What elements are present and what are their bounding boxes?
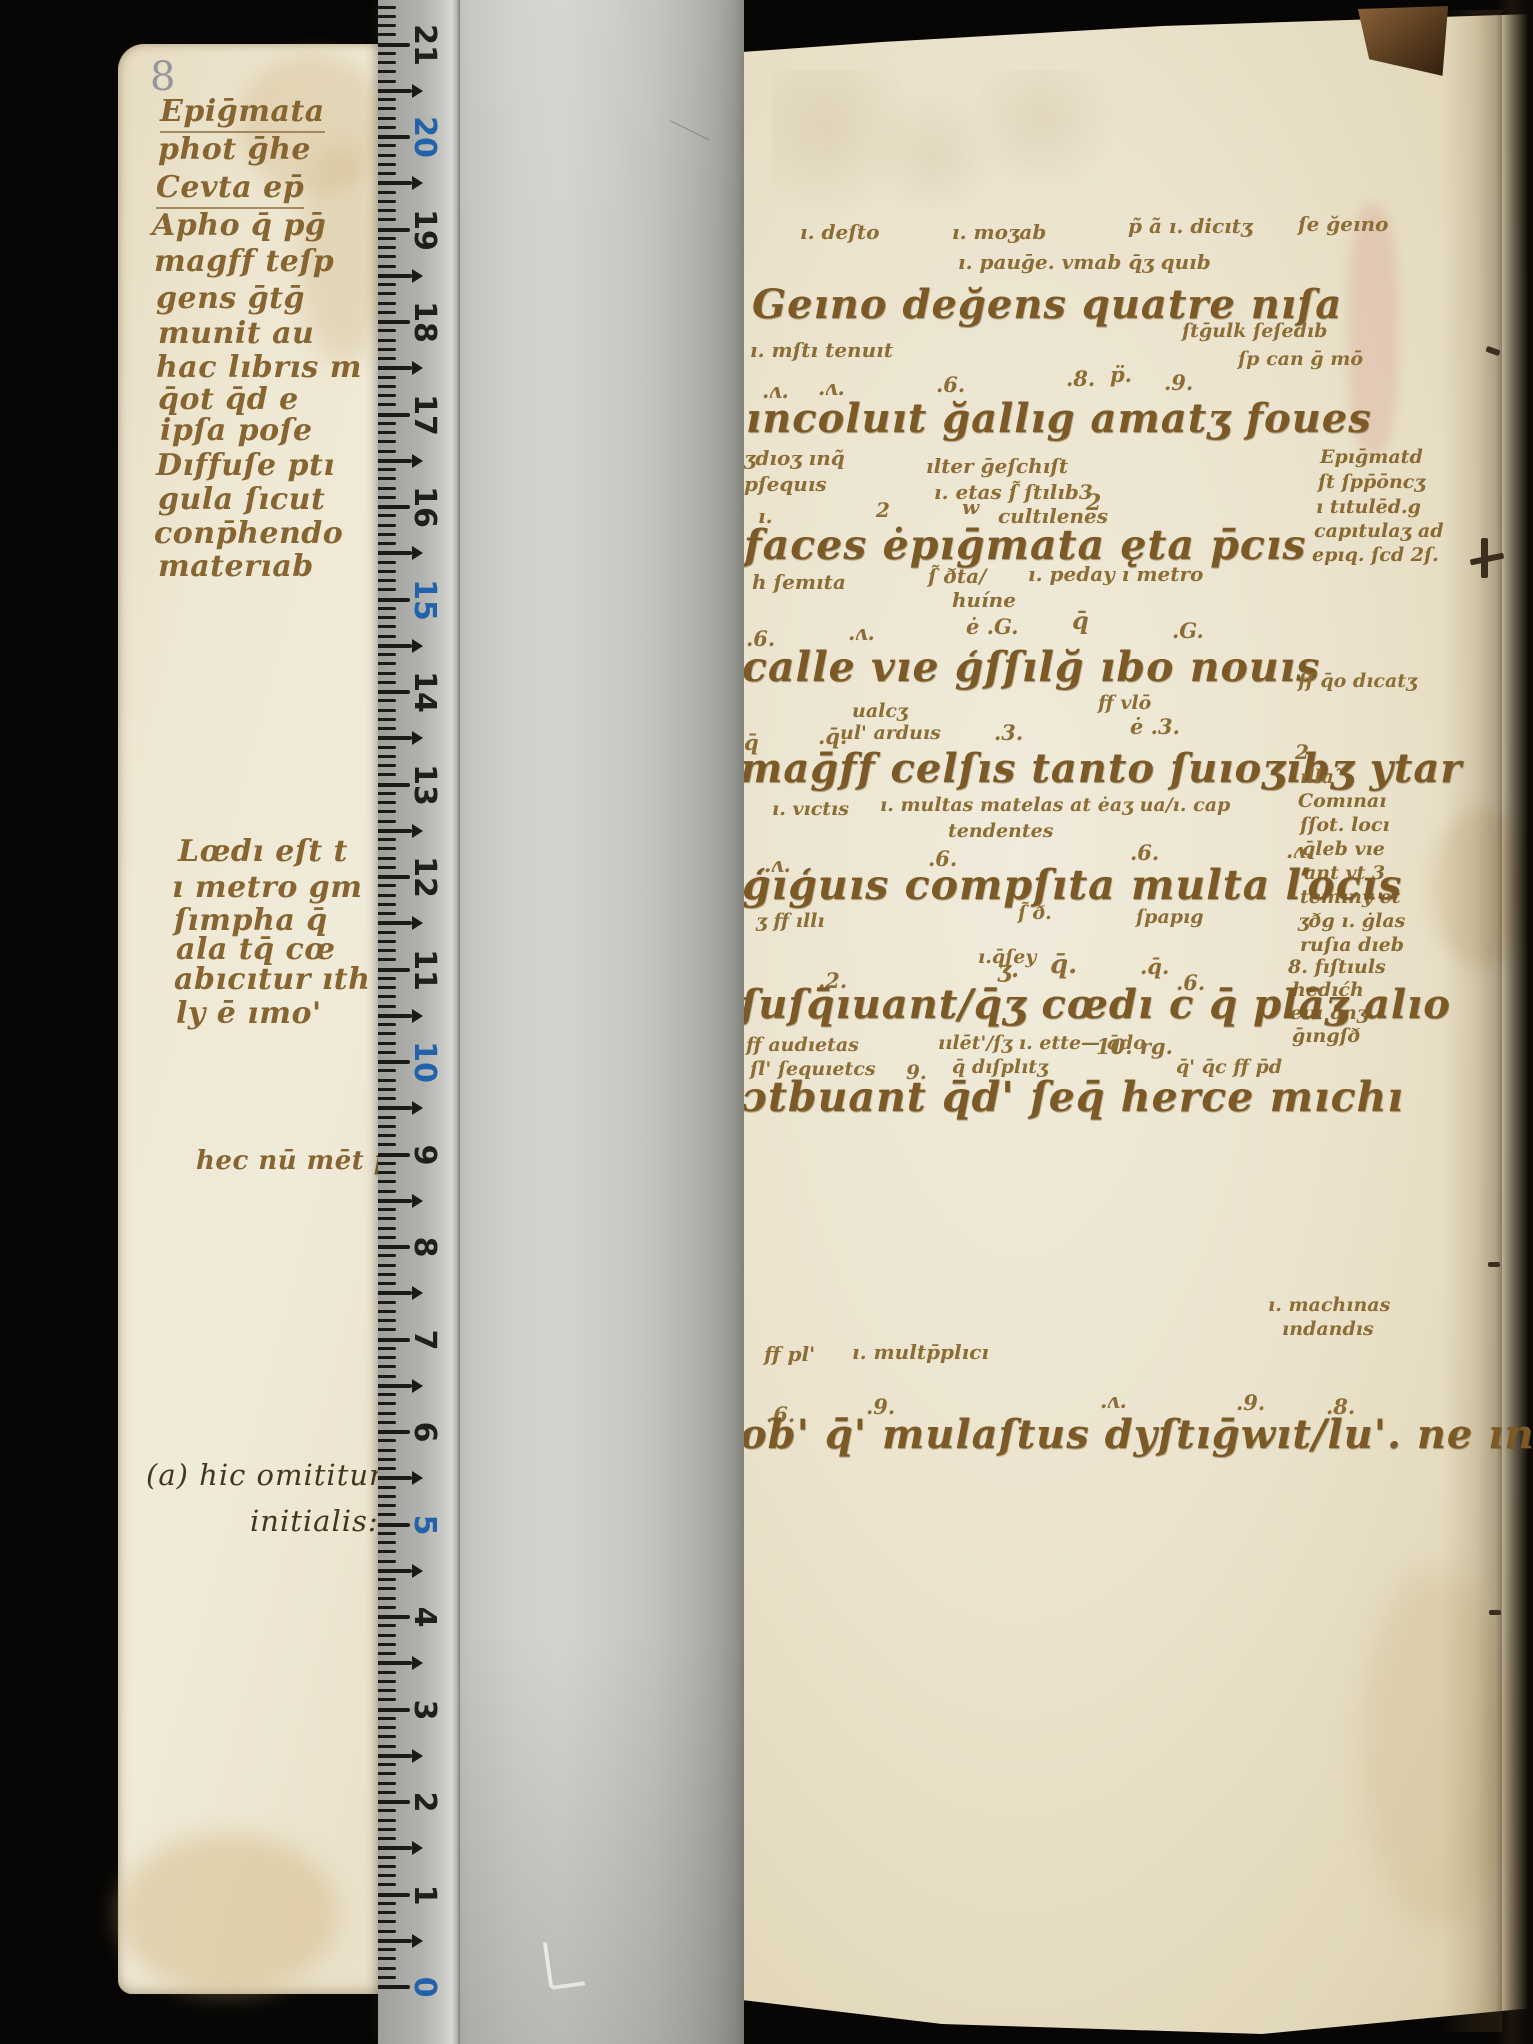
ruler-tick [378,1957,396,1960]
superscript-mark: .6. [936,374,965,396]
ruler-tick-arrow [412,824,423,838]
interlinear-gloss: ff q̄o dıcatʒ [1298,672,1417,692]
ruler-tick [378,1606,396,1609]
ruler-tick [378,1291,412,1295]
ruler-tick [378,1819,396,1822]
ruler-tick [378,690,410,694]
manuscript-main-line: ıncoluıt ğallıg amatʒ foues [746,398,1372,440]
manuscript-main-line: faces ėpıḡmata ęta p̄cıs [744,524,1307,567]
ruler-tick [378,1782,396,1785]
margin-note-line: 8. fıſtıuls [1288,958,1386,978]
handwriting-layer: Epiḡmataphot ḡheCevta ep̄Apho q̄ pḡmagff… [0,0,1533,2044]
left-page-text-line: Cevta ep̄ [156,172,304,209]
ruler-tick [378,144,396,147]
ruler-tick [378,1402,396,1405]
ruler-tick [378,292,396,295]
superscript-mark: .9. [1164,372,1193,394]
ruler-tick [378,1439,396,1442]
manuscript-photograph: 8 Epiḡmataphot ḡheCevta ep̄Apho q̄ pḡmag… [0,0,1533,2044]
superscript-mark: q̄. [1050,952,1077,979]
interlinear-gloss: pſequıs [744,474,827,495]
interlinear-gloss: ſpapıg [1136,908,1204,928]
ruler-tick [378,505,410,509]
ruler-number: 21 [410,15,438,75]
left-page-text-line: conp̄hendo [154,518,343,550]
ruler-tick-arrow [412,269,423,283]
ruler-tick [378,265,396,268]
ruler-tick [378,570,396,573]
ruler-tick-arrow [412,916,423,930]
ruler-tick [378,1005,396,1008]
ruler-tick-arrow [412,731,423,745]
ruler-tick [378,820,396,823]
ruler-tick [378,1523,410,1527]
ruler-tick [378,487,396,490]
margin-note-line: epıq. ſcd 2ſ. [1312,546,1439,566]
ruler-tick [378,1874,396,1877]
ruler-tick [378,1930,396,1933]
superscript-mark: .ʌ. [1100,1390,1127,1412]
superscript-mark: ʒ. [998,958,1019,982]
ruler-tick [378,1069,396,1072]
ruler-tick [378,542,396,545]
ruler-tick [378,1532,396,1535]
ruler-number: 18 [410,292,438,352]
ruler-tick-arrow [412,1841,423,1855]
ruler-tick-arrow [412,1101,423,1115]
ruler-number: 9 [410,1125,438,1185]
ruler-tick [378,931,396,934]
ruler-tick [378,468,396,471]
ruler-tick [378,1735,396,1738]
ruler-tick [378,181,412,185]
interlinear-gloss: ı. mſtı tenuıt [750,340,893,361]
margin-note-line: ſt ſpp̄ōncʒ [1318,473,1425,493]
left-page-text-line: ly ē ımo' [176,998,322,1030]
ruler-tick [378,1365,396,1368]
ruler-tick [378,1032,396,1035]
ruler-tick [378,551,412,555]
superscript-mark: .G. [1172,620,1204,642]
left-page-text-line: Epiḡmata [160,96,325,133]
ruler-tick-arrow [412,361,423,375]
interlinear-gloss: ff vlō [1098,694,1151,714]
ruler-tick-arrow [412,1379,423,1393]
ruler-tick [378,422,396,425]
ruler-tick [378,1976,396,1979]
ruler-tick [378,561,396,564]
interlinear-gloss: ſe ğeıno [1298,214,1388,235]
interlinear-gloss: ı. machınas [1268,1296,1390,1316]
ruler-tick [378,958,396,961]
ruler-tick [378,1985,410,1989]
ruler-number: 8 [410,1217,438,1277]
interlinear-gloss: ı. moʒab [952,222,1046,243]
ruler-tick [378,662,396,665]
ruler-tick [378,302,396,305]
ruler-tick [378,1689,396,1692]
ruler-tick [378,866,396,869]
ruler-tick [378,1199,412,1203]
ruler-tick [378,1430,410,1434]
ruler-number: 0 [410,1957,438,2017]
ruler-tick [378,1384,412,1388]
superscript-mark: q̄ [1072,608,1089,633]
ruler-tick [378,801,396,804]
superscript-mark: 2 [1086,492,1101,515]
ruler-tick-arrow [412,1564,423,1578]
ruler-tick [378,1550,396,1553]
ruler-tick [378,1190,396,1193]
ruler-number: 19 [410,200,438,260]
ruler-tick [378,699,396,702]
margin-note-line: ʒðg ı. ġlas [1298,912,1405,932]
ruler-number: 6 [410,1402,438,1462]
ruler-tick [378,1911,396,1914]
paper-roll-weight [438,0,744,2044]
interlinear-gloss: ı. pauḡe. vmab q̄ʒ quıb [958,252,1211,273]
ruler-tick [378,89,412,93]
interlinear-gloss: tendentes [948,822,1053,842]
ruler-tick [378,1467,396,1470]
superscript-mark: ė .G. [966,616,1018,638]
ruler-tick [378,810,396,813]
ruler-tick [378,1134,396,1137]
ruler-tick [378,746,396,749]
left-page-text-line: gens ḡtḡ [156,283,305,315]
ruler-tick [378,200,396,203]
superscript-mark: .q̄. [1140,956,1169,978]
ruler-tick [378,653,396,656]
corner-bracket-mark [543,1938,585,1991]
ruler-tick [378,1393,396,1396]
ruler-tick [378,1671,396,1674]
ruler-tick [378,1587,396,1590]
ruler-tick [378,1023,396,1026]
interlinear-gloss: ſtḡulk ſeſedıb [1182,322,1327,342]
ruler-tick [378,968,410,972]
ruler-tick [378,1578,396,1581]
ruler-tick [378,283,396,286]
left-page-text-line: ala tq̄ cœ [176,934,336,966]
ruler-tick [378,1495,396,1498]
ruler-tick [378,255,396,258]
ruler-tick [378,403,396,406]
left-page-text-line: ı metro gm [172,872,363,904]
ruler-tick [378,579,396,582]
margin-note-line: Comınaı [1298,792,1386,812]
ruler-tick [378,857,396,860]
ruler-tick [378,681,396,684]
margin-note-line: Epıḡmatd [1320,448,1423,468]
ruler-tick [378,1449,396,1452]
ruler-tick [378,1939,412,1943]
interlinear-gloss: ſ̃ ðta/ [928,566,986,587]
ruler-tick-arrow [412,1656,423,1670]
interlinear-gloss: 10. rg. [1096,1036,1173,1058]
ruler-number: 12 [410,847,438,907]
left-page-text-line: magff teſp [154,246,334,278]
ruler-tick-arrow [412,1009,423,1023]
ruler-tick [378,1624,396,1627]
ruler-tick [378,1809,396,1812]
ruler-tick [378,616,396,619]
ruler-tick [378,736,412,740]
ruler-tick [378,1097,396,1100]
ruler-number: 4 [410,1587,438,1647]
interlinear-gloss: ʒdıoʒ ınq̃ [744,448,845,469]
ruler-tick [378,1948,396,1951]
ruler-tick-arrow [412,1471,423,1485]
ruler-tick [378,1014,412,1018]
ruler-tick [378,1597,396,1600]
interlinear-gloss: ualcʒ [852,702,908,722]
ruler-tick [378,329,396,332]
ruler-tick [378,339,396,342]
ruler-tick [378,107,396,110]
ruler-tick [378,598,410,602]
ruler-tick [378,1153,410,1157]
superscript-mark: .ʌ. [1286,840,1313,862]
manuscript-main-line: ģıģuıs compſıta multa ľocıs [742,864,1402,907]
ruler-tick [378,450,396,453]
ruler-tick [378,1458,396,1461]
ruler-tick [378,1726,396,1729]
interlinear-gloss: ff pl' [764,1344,815,1365]
margin-note-line: ruſıa dıeb [1300,936,1404,956]
ruler-tick [378,70,396,73]
interlinear-gloss: ı. deſto [800,222,879,243]
left-page-text-line: ipſa poſe [160,415,313,447]
left-page-text-line: munit au [158,318,314,350]
ruler-tick [378,413,410,417]
left-page-text-line: q̄ot q̄d e [158,384,299,416]
ruler-tick [378,366,412,370]
margin-note-line: q̄leb vıe [1302,840,1385,860]
manuscript-main-line: calle vıe ģſſılğ ıbo nouıs [742,646,1320,689]
ruler-tick [378,783,410,787]
left-page-text-line: hac lıbrıs m [156,352,362,384]
ruler-number: 16 [410,477,438,537]
ruler-tick [378,903,396,906]
ruler-tick [378,1208,396,1211]
ruler-tick [378,514,396,517]
ruler-tick [378,1652,396,1655]
ruler-tick [378,1356,396,1359]
ruler-tick [378,1828,396,1831]
ruler-tick [378,1116,396,1119]
ruler-tick [378,1486,396,1489]
interlinear-gloss: ılter ḡeſchıſt [926,456,1068,477]
ruler-tick [378,477,396,480]
ruler-tick-arrow [412,84,423,98]
margin-note-line: capıtulaʒ ad [1314,522,1444,542]
ruler-tick [378,1143,396,1146]
ruler-tick-arrow [412,639,423,653]
ruler-number: 1 [410,1865,438,1925]
left-page-text-line: materıab [158,551,314,583]
interlinear-gloss: p̃ ã ı. dicıtʒ [1128,216,1252,237]
ruler-tick [378,1634,396,1637]
ruler-tick [378,1245,410,1249]
ruler-tick [378,1180,396,1183]
ruler-number: 5 [410,1495,438,1555]
ruler-tick [378,117,396,120]
ruler-tick [378,274,412,278]
ruler-tick [378,718,396,721]
ruler-tick [378,1254,396,1257]
ruler-tick [378,80,396,83]
ruler-tick [378,912,396,915]
ruler-tick [378,829,412,833]
ruler-tick [378,1504,396,1507]
ruler-tick [378,1217,396,1220]
ruler-tick [378,1171,396,1174]
ruler-tick [378,1106,412,1110]
ruler-tick [378,135,410,139]
manuscript-main-line: ɔtbuant q̄d' ſeq̄ herce mıchı [742,1076,1404,1119]
interlinear-gloss: ındandıs [1282,1320,1374,1340]
ruler-tick [378,1745,396,1748]
ruler-tick [378,1772,396,1775]
left-page-text-line: Apho q̄ pḡ [152,210,326,242]
ruler-tick [378,1051,396,1054]
ruler-tick [378,246,396,249]
ruler-tick [378,847,396,850]
ruler-tick [378,1865,396,1868]
interlinear-gloss: huíne [952,590,1016,611]
librarian-note-line: (a) hic omititur [146,1460,384,1490]
ruler-tick [378,1338,410,1342]
ruler-number: 15 [410,570,438,630]
ruler-tick [378,1883,396,1886]
ruler-tick [378,949,396,952]
ruler-tick-arrow [412,176,423,190]
ruler-tick [378,1846,412,1850]
ruler-tick [378,1125,396,1128]
ruler-tick [378,154,396,157]
ruler-tick [378,875,410,879]
ruler-tick [378,727,396,730]
manuscript-main-line: maḡff celſıs tanto ſuıoʒıbʒ ytar [740,748,1462,790]
interlinear-gloss: ı. multp̄plıcı [852,1342,989,1363]
left-page-text-line: phot ḡhe [158,134,311,166]
ruler-tick [378,357,396,360]
ruler-tick [378,1412,396,1415]
ruler-tick [378,1236,396,1239]
ruler-tick [378,644,412,648]
ruler-tick [378,977,396,980]
ruler-tick [378,1476,412,1480]
ruler-tick [378,1421,396,1424]
ruler-tick [378,126,396,129]
interlinear-gloss: ſp can ḡ mō [1238,350,1363,370]
ruler-tick [378,986,396,989]
ruler-tick [378,394,396,397]
ruler-tick [378,1837,396,1840]
ruler-tick [378,1661,412,1665]
ruler-tick [378,1893,410,1897]
interlinear-gloss: ʒ ff ıllı [756,912,825,932]
ruler-tick [378,496,396,499]
ruler-tick [378,15,396,18]
ruler-tick [378,1162,396,1165]
ruler-tick [378,1754,412,1758]
ruler-tick [378,1717,396,1720]
ruler-number: 13 [410,755,438,815]
ruler-tick [378,1060,410,1064]
ruler-tick [378,607,396,610]
ruler-tick [378,6,396,9]
ruler-number: 20 [410,107,438,167]
margin-note-line: ılla˜ [1300,768,1343,788]
superscript-mark: ė .3. [1130,716,1180,738]
ruler-tick [378,995,396,998]
ruler-tick [378,1902,396,1905]
ruler-tick [378,385,396,388]
ruler-tick [378,1264,396,1267]
ruler-tick [378,1282,396,1285]
ruler-tick [378,163,396,166]
ruler-tick [378,625,396,628]
left-page-text-line: gula ſıcut [158,484,325,516]
ruler-tick [378,1680,396,1683]
interlinear-gloss: ı. multas matelas at ėaʒ ua/ı. cap [880,796,1230,816]
ruler-tick [378,209,396,212]
ruler-tick [378,24,396,27]
ruler-tick [378,884,396,887]
superscript-mark: p̈. [1110,364,1132,386]
ruler-tick [378,1273,396,1276]
ruler-tick-arrow [412,546,423,560]
ruler-tick [378,533,396,536]
ruler-tick [378,1541,396,1544]
ruler-tick [378,1800,410,1804]
margin-note-line: ſſot. locı [1300,816,1390,836]
ruler-tick [378,237,396,240]
left-page-text-line: abıcıtur ıth [174,964,370,996]
ruler-tick [378,1042,396,1045]
interlinear-gloss: ı. etas ſ̃ ſtılıb3 [934,482,1093,503]
ruler-tick-arrow [412,454,423,468]
ruler-tick [378,635,396,638]
ruler-tick [378,459,412,463]
margin-note-line: ḡıngſð [1292,1027,1360,1047]
ruler-tick [378,1569,412,1573]
ruler-tick [378,172,396,175]
ruler-tick [378,588,396,591]
ruler-tick [378,1088,396,1091]
ruler-tick [378,311,396,314]
ruler-tick [378,1615,410,1619]
ruler-tick-arrow [412,1749,423,1763]
ruler-number: 11 [410,940,438,1000]
ruler-tick [378,43,410,47]
ruler-number: 7 [410,1310,438,1370]
superscript-mark: .ʌ. [848,622,875,644]
superscript-mark: 2 [876,500,890,521]
ruler-number: 17 [410,385,438,445]
ruler-number: 10 [410,1032,438,1092]
ruler-tick [378,1763,396,1766]
ruler-tick [378,218,396,221]
ruler-tick [378,376,396,379]
manuscript-main-line: ob' q̄' mulaſtus dyſtıḡwıt/lu'. ne ınčʒ [740,1414,1533,1456]
superscript-mark: w [962,497,979,518]
superscript-mark: .3. [994,722,1023,744]
ruler-tick [378,1310,396,1313]
ruler-tick [378,1301,396,1304]
